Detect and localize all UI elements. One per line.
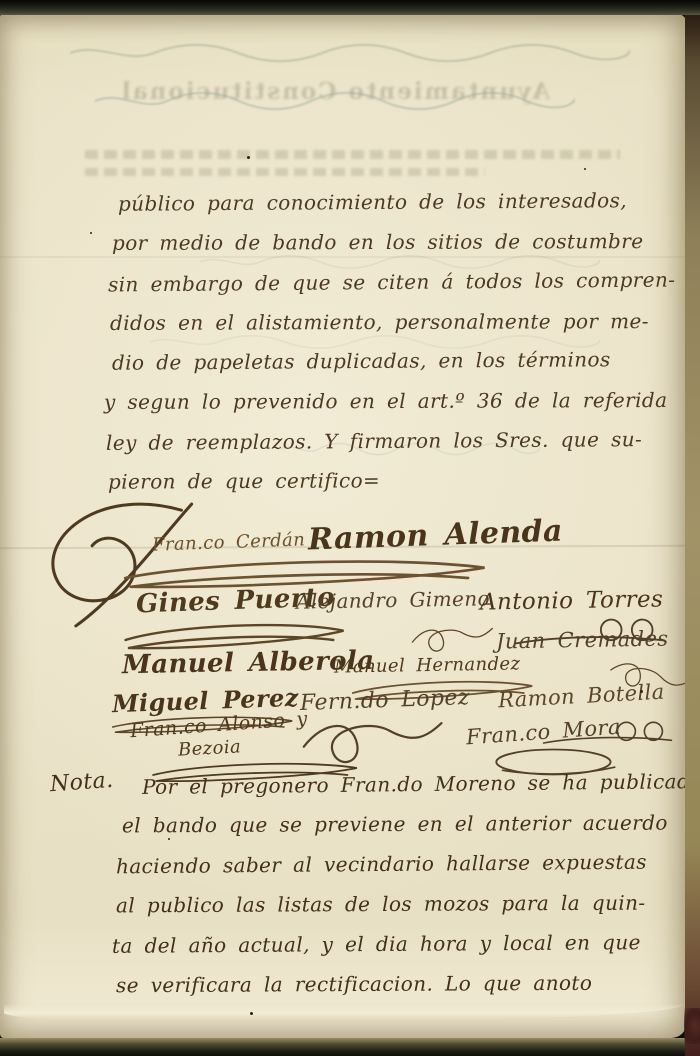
ink-speck <box>168 838 170 840</box>
scanned-document-photo: Ayuntamiento Constitucional público para… <box>0 0 700 1056</box>
signature: Manuel Hernandez <box>334 653 521 677</box>
manuscript-line: ta del año actual, y el dia hora y local… <box>112 930 641 958</box>
book-page-edges-right <box>685 0 700 1056</box>
manuscript-line: ley de reemplazos. Y firmaron los Sres. … <box>106 427 642 455</box>
book-binding-top <box>0 0 700 15</box>
signature-flourish <box>392 622 512 658</box>
manuscript-line: dio de papeletas duplicadas, en los térm… <box>112 347 611 374</box>
manuscript-line: pieron de que certifico= <box>108 468 380 493</box>
signature: Bezoia <box>177 736 241 760</box>
manuscript-line: haciendo saber al vecindario hallarse ex… <box>116 850 647 879</box>
manuscript-line: se verificara la rectificacion. Lo que a… <box>116 971 592 997</box>
manuscript-line: al publico las listas de los mozos para … <box>116 891 646 918</box>
ink-speck <box>247 156 250 159</box>
manuscript-line: por medio de bando en los sitios de cost… <box>112 229 644 255</box>
manuscript-line: público para conocimiento de los interes… <box>118 188 627 216</box>
manuscript-line: y segun lo prevenido en el art.º 36 de l… <box>104 388 667 414</box>
manuscript-line: el bando que se previene en el anterior … <box>122 811 668 838</box>
note-label: Nota. <box>49 768 114 797</box>
ink-speck <box>584 168 586 170</box>
book-binding-bottom <box>0 1038 700 1056</box>
manuscript-line: didos en el alistamiento, personalmente … <box>110 309 649 335</box>
ink-speck <box>250 1012 253 1015</box>
ink-speck <box>640 690 643 693</box>
manuscript-line: sin embargo de que se citen á todos los … <box>108 268 676 297</box>
signature: Alejandro Gimeno <box>296 586 490 613</box>
book-corner-stain <box>684 1008 700 1044</box>
ink-speck <box>90 232 92 234</box>
